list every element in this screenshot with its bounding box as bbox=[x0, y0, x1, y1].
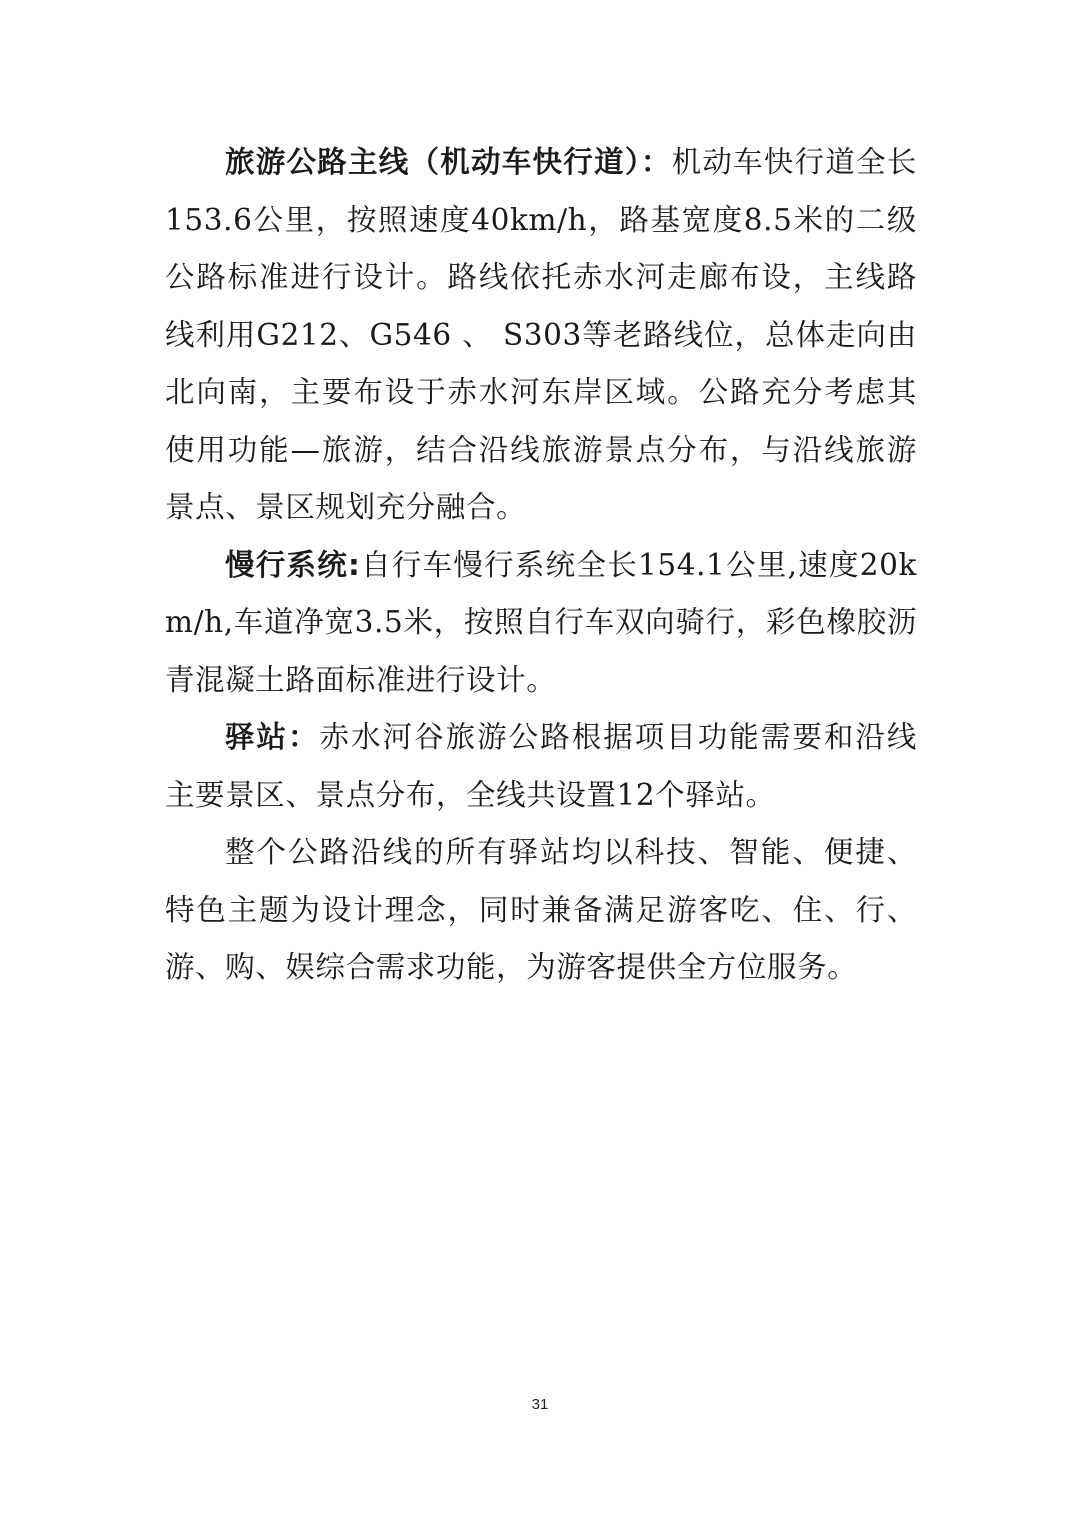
document-page: 旅游公路主线（机动车快行道）：机动车快行道全长153.6公里，按照速度40km/… bbox=[0, 0, 1080, 1528]
paragraph-heading: 驿站： bbox=[225, 720, 320, 754]
paragraph-heading: 旅游公路主线（机动车快行道）： bbox=[225, 145, 672, 179]
page-number: 31 bbox=[0, 1396, 1080, 1413]
paragraph-text: 机动车快行道全长153.6公里，按照速度40km/h，路基宽度8.5米的二级公路… bbox=[165, 145, 917, 524]
paragraph-slow-traffic-system: 慢行系统:自行车慢行系统全长154.1公里,速度20km/h,车道净宽3.5米，… bbox=[165, 537, 917, 710]
paragraph-heading: 慢行系统: bbox=[225, 548, 360, 582]
paragraph-tourist-highway-main-line: 旅游公路主线（机动车快行道）：机动车快行道全长153.6公里，按照速度40km/… bbox=[165, 134, 917, 537]
paragraph-station-design-concept: 整个公路沿线的所有驿站均以科技、智能、便捷、特色主题为设计理念，同时兼备满足游客… bbox=[165, 824, 917, 997]
document-body: 旅游公路主线（机动车快行道）：机动车快行道全长153.6公里，按照速度40km/… bbox=[165, 134, 917, 997]
paragraph-service-stations: 驿站：赤水河谷旅游公路根据项目功能需要和沿线主要景区、景点分布，全线共设置12个… bbox=[165, 709, 917, 824]
paragraph-text: 整个公路沿线的所有驿站均以科技、智能、便捷、特色主题为设计理念，同时兼备满足游客… bbox=[165, 835, 917, 984]
